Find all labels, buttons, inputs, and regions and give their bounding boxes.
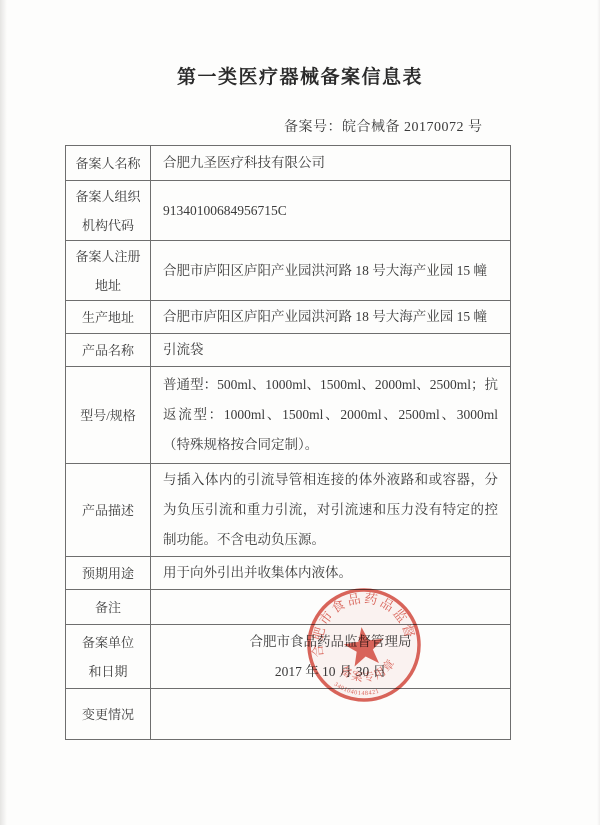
filing-table-body: 备案人名称合肥九圣医疗科技有限公司备案人组织 机构代码9134010068495…: [66, 146, 511, 740]
filing-number: 备案号：皖合械备 20170072 号: [284, 116, 483, 136]
row-value-product-name: 引流袋: [151, 334, 511, 367]
row-value-product-description: 与插入体内的引流导管相连接的体外液路和或容器，分为负压引流和重力引流，对引流速和…: [151, 464, 511, 557]
row-value-filing-authority-date: 合肥市食品药品监督管理局 2017 年 10 月 30 日: [151, 625, 511, 689]
table-row-product-name: 产品名称引流袋: [66, 334, 511, 367]
row-label-production-address: 生产地址: [66, 301, 151, 334]
row-value-model-spec: 普通型：500ml、1000ml、1500ml、2000ml、2500ml；抗返…: [151, 367, 511, 464]
row-label-remarks: 备注: [66, 590, 151, 625]
row-label-registered-address: 备案人注册 地址: [66, 241, 151, 301]
row-label-product-description: 产品描述: [66, 464, 151, 557]
row-label-changes: 变更情况: [66, 689, 151, 740]
table-row-changes: 变更情况: [66, 689, 511, 740]
row-value-registered-address: 合肥市庐阳区庐阳产业园洪河路 18 号大海产业园 15 幢: [151, 241, 511, 301]
table-row-org-code: 备案人组织 机构代码91340100684956715C: [66, 181, 511, 241]
row-value-changes: [151, 689, 511, 740]
table-row-product-description: 产品描述与插入体内的引流导管相连接的体外液路和或容器，分为负压引流和重力引流，对…: [66, 464, 511, 557]
row-value-intended-use: 用于向外引出并收集体内液体。: [151, 557, 511, 590]
table-row-model-spec: 型号/规格普通型：500ml、1000ml、1500ml、2000ml、2500…: [66, 367, 511, 464]
table-row-remarks: 备注: [66, 590, 511, 625]
scan-left-edge-shadow: [0, 0, 7, 825]
row-label-filer-name: 备案人名称: [66, 146, 151, 181]
table-row-filing-authority-date: 备案单位 和日期合肥市食品药品监督管理局 2017 年 10 月 30 日: [66, 625, 511, 689]
filing-info-table: 备案人名称合肥九圣医疗科技有限公司备案人组织 机构代码9134010068495…: [65, 145, 511, 740]
row-label-filing-authority-date: 备案单位 和日期: [66, 625, 151, 689]
row-label-intended-use: 预期用途: [66, 557, 151, 590]
table-row-intended-use: 预期用途用于向外引出并收集体内液体。: [66, 557, 511, 590]
row-value-filer-name: 合肥九圣医疗科技有限公司: [151, 146, 511, 181]
row-label-product-name: 产品名称: [66, 334, 151, 367]
row-value-org-code: 91340100684956715C: [151, 181, 511, 241]
row-value-remarks: [151, 590, 511, 625]
row-value-production-address: 合肥市庐阳区庐阳产业园洪河路 18 号大海产业园 15 幢: [151, 301, 511, 334]
table-row-registered-address: 备案人注册 地址合肥市庐阳区庐阳产业园洪河路 18 号大海产业园 15 幢: [66, 241, 511, 301]
row-label-model-spec: 型号/规格: [66, 367, 151, 464]
table-row-production-address: 生产地址合肥市庐阳区庐阳产业园洪河路 18 号大海产业园 15 幢: [66, 301, 511, 334]
page-title: 第一类医疗器械备案信息表: [0, 62, 600, 89]
row-label-org-code: 备案人组织 机构代码: [66, 181, 151, 241]
table-row-filer-name: 备案人名称合肥九圣医疗科技有限公司: [66, 146, 511, 181]
